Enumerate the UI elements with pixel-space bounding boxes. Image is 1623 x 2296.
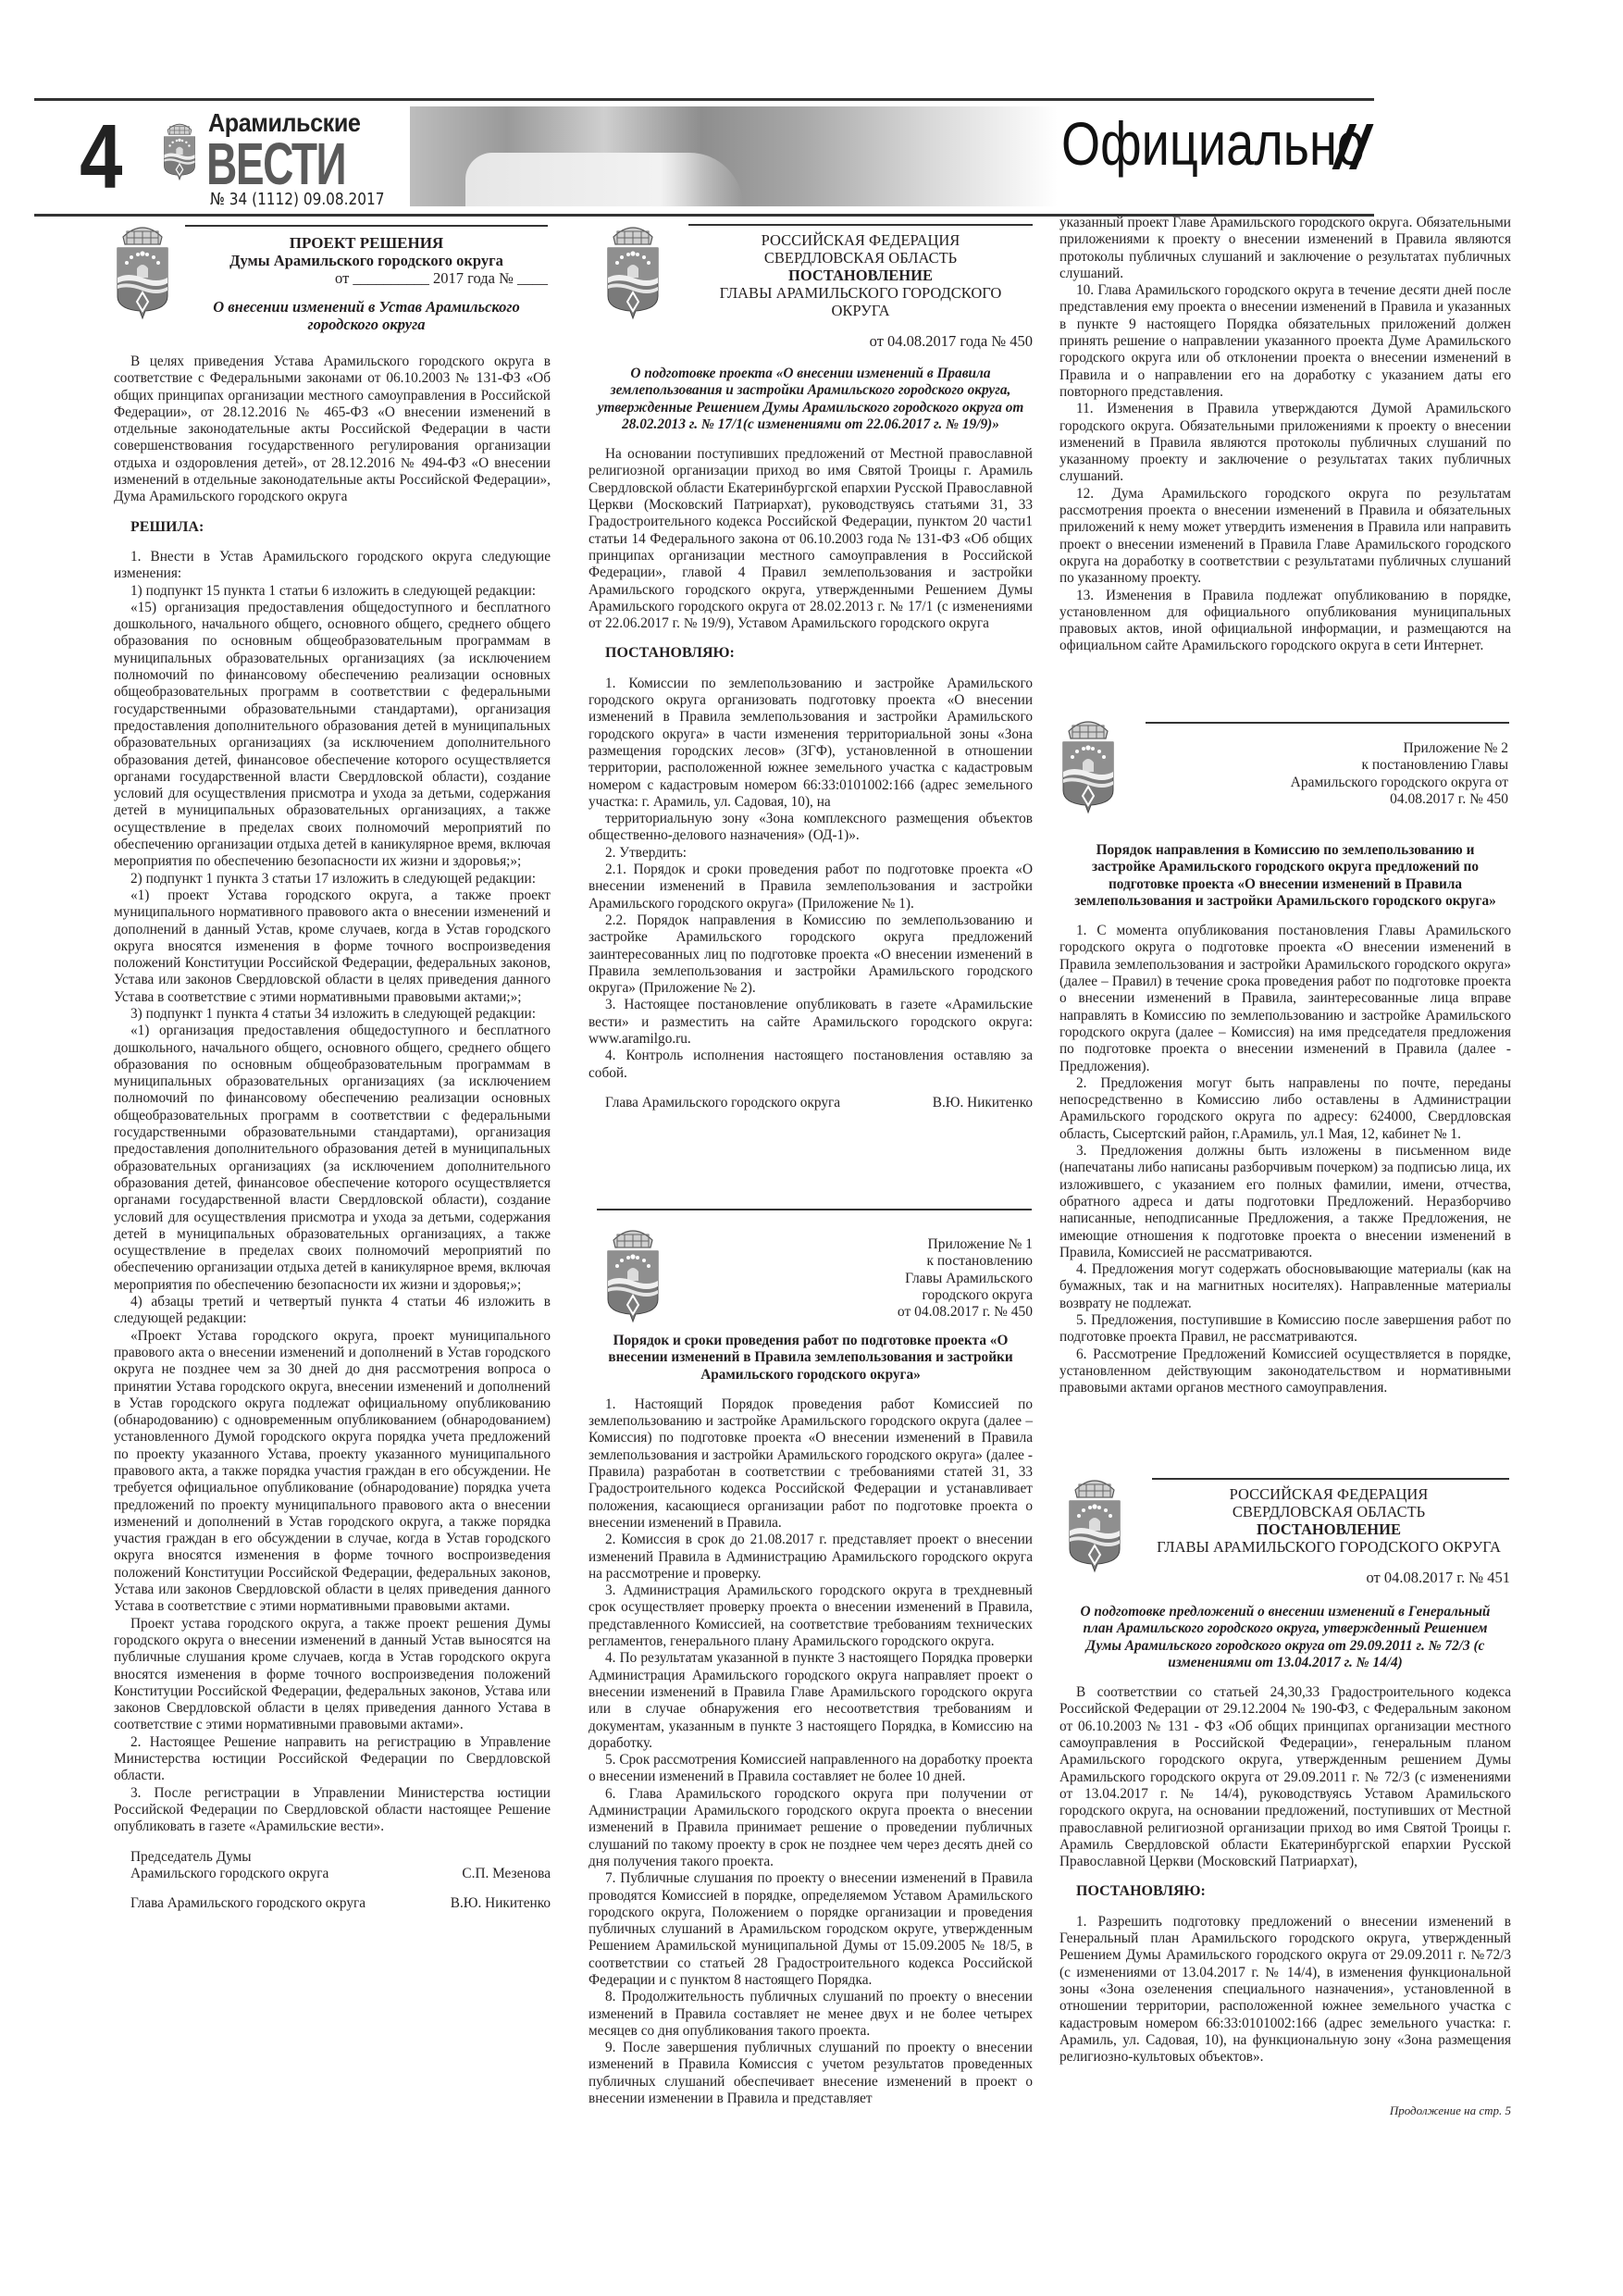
doc1-header: ПРОЕКТ РЕШЕНИЯ Думы Арамильского городск… — [185, 234, 548, 333]
signature-role: Арамильского городского округа — [130, 1866, 328, 1882]
doc1-paragraph: 3) подпункт 1 пункта 4 статьи 34 изложит… — [114, 1006, 551, 1023]
coat-of-arms-icon — [162, 106, 197, 195]
doc2-preamble: На основании поступивших предложений от … — [588, 446, 1033, 632]
doc2-paragraph: 2. Утвердить: — [588, 845, 1033, 862]
annex1-reference: Приложение № 1 к постановлению Главы Ара… — [740, 1236, 1033, 1321]
divider — [185, 225, 548, 227]
section-slashes-icon: // — [1334, 112, 1369, 182]
issue-number: № 34 (1112) 09.08.2017 — [210, 190, 384, 209]
annex1-paragraph: 2. Комиссия в срок до 21.08.2017 г. пред… — [588, 1532, 1033, 1582]
doc1-body: В целях приведения Устава Арамильского г… — [114, 354, 551, 1912]
newspaper-name-main: ВЕСТИ — [206, 134, 345, 193]
doc3-header: РОССИЙСКАЯ ФЕДЕРАЦИЯ СВЕРДЛОВСКАЯ ОБЛАСТ… — [1147, 1485, 1510, 1586]
signature-role: Глава Арамильского городского округа — [605, 1095, 840, 1111]
doc1-heading: О внесении изменений в Устав Арамильског… — [185, 298, 548, 333]
annex1-ref-line: от 04.08.2017 г. № 450 — [740, 1304, 1033, 1321]
signature-role: Председатель Думы — [130, 1849, 551, 1866]
doc2-paragraph: территориальную зону «Зона комплексного … — [588, 811, 1033, 845]
annex2-ref-line: 04.08.2017 г. № 450 — [1184, 791, 1508, 808]
annex2-reference: Приложение № 2 к постановлению Главы Ара… — [1184, 740, 1508, 808]
doc2-header: РОССИЙСКАЯ ФЕДЕРАЦИЯ СВЕРДЛОВСКАЯ ОБЛАСТ… — [688, 231, 1033, 350]
signature-name: С.П. Мезенова — [462, 1866, 551, 1882]
annex2-paragraph: 4. Предложения могут содержать обосновыв… — [1059, 1261, 1511, 1312]
doc1-paragraph: 1. Внести в Устав Арамильского городског… — [114, 549, 551, 583]
annex1-ref-line: Приложение № 1 — [740, 1236, 1033, 1253]
doc3-header-line: ГЛАВЫ АРАМИЛЬСКОГО ГОРОДСКОГО ОКРУГА — [1147, 1538, 1510, 1556]
annex2-ref-line: Арамильского городского округа от — [1184, 775, 1508, 791]
doc3-header-line: СВЕРДЛОВСКАЯ ОБЛАСТЬ — [1147, 1503, 1510, 1520]
annex2-ref-line: к постановлению Главы — [1184, 757, 1508, 774]
doc2-header-line: СВЕРДЛОВСКАЯ ОБЛАСТЬ — [688, 249, 1033, 267]
annex1-ref-line: Главы Арамильского — [740, 1271, 1033, 1287]
divider — [1152, 1478, 1509, 1480]
doc3-paragraph: 1. Разрешить подготовку предложений о вн… — [1059, 1914, 1511, 2066]
doc1-resolved: РЕШИЛА: — [114, 519, 551, 536]
doc1-paragraph: 2. Настоящее Решение направить на регист… — [114, 1734, 551, 1785]
annex1-continued: указанный проект Главе Арамильского горо… — [1059, 215, 1511, 655]
annex1-ref-line: к постановлению — [740, 1253, 1033, 1270]
signature-role: Глава Арамильского городского округа — [130, 1895, 365, 1912]
doc3-preamble: В соответствии со статьей 24,30,33 Градо… — [1059, 1684, 1511, 1870]
doc1-title: ПРОЕКТ РЕШЕНИЯ — [185, 234, 548, 252]
annex1-paragraph: 6. Глава Арамильского городского округа … — [588, 1786, 1033, 1870]
annex2-body: Порядок направления в Комиссию по землеп… — [1059, 842, 1511, 1397]
doc1-paragraph: «1) проект Устава городского округа, а т… — [114, 887, 551, 1006]
doc2-paragraph: 3. Настоящее постановление опубликовать … — [588, 997, 1033, 1048]
annex2-paragraph: 6. Рассмотрение Предложений Комиссией ос… — [1059, 1347, 1511, 1397]
annex1-paragraph: 8. Продолжительность публичных слушаний … — [588, 1989, 1033, 2040]
coat-of-arms-icon — [114, 220, 171, 322]
doc1-paragraph: Проект устава городского округа, а также… — [114, 1616, 551, 1734]
signature-name: В.Ю. Никитенко — [933, 1095, 1033, 1111]
doc2-header-line: ГЛАВЫ АРАМИЛЬСКОГО ГОРОДСКОГО ОКРУГА — [688, 284, 1033, 319]
annex2-paragraph: 5. Предложения, поступившие в Комиссию п… — [1059, 1312, 1511, 1347]
doc2-paragraph: 2.2. Порядок направления в Комиссию по з… — [588, 912, 1033, 997]
doc3-header-line: РОССИЙСКАЯ ФЕДЕРАЦИЯ — [1147, 1485, 1510, 1503]
doc1-paragraph: «1) организация предоставления общедосту… — [114, 1023, 551, 1294]
annex2-ref-line: Приложение № 2 — [1184, 740, 1508, 757]
divider — [688, 224, 1033, 226]
doc1-date: от __________ 2017 года № ____ — [185, 269, 548, 287]
annex1-paragraph: 9. После завершения публичных слушаний п… — [588, 2040, 1033, 2107]
doc1-paragraph: 4) абзацы третий и четвертый пункта 4 ст… — [114, 1294, 551, 1328]
section-title: Официально — [1061, 108, 1365, 179]
doc1-paragraph: 1) подпункт 15 пункта 1 статьи 6 изложит… — [114, 583, 551, 600]
doc2-resolves: ПОСТАНОВЛЯЮ: — [588, 645, 1033, 662]
annex1-paragraph: 3. Администрация Арамильского городского… — [588, 1582, 1033, 1650]
annex1-paragraph: 1. Настоящий Порядок проведения работ Ко… — [588, 1396, 1033, 1532]
doc2-signature: Глава Арамильского городского округа В.Ю… — [588, 1095, 1033, 1111]
coat-of-arms-icon — [604, 220, 662, 322]
doc3-body: О подготовке предложений о внесении изме… — [1059, 1604, 1511, 2120]
continued-note: Продолжение на стр. 5 — [1059, 2103, 1511, 2119]
annex1-paragraph: 4. По результатам указанной в пункте 3 н… — [588, 1650, 1033, 1752]
doc2-paragraph: 1. Комиссии по землепользованию и застро… — [588, 676, 1033, 811]
annex2-paragraph: 3. Предложения должны быть изложены в пи… — [1059, 1143, 1511, 1261]
doc3-resolves: ПОСТАНОВЛЯЮ: — [1059, 1883, 1511, 1900]
doc1-paragraph: 2) подпункт 1 пункта 3 статьи 17 изложит… — [114, 871, 551, 887]
doc3-heading: О подготовке предложений о внесении изме… — [1059, 1604, 1511, 1671]
annex2-paragraph: 1. С момента опубликования постановления… — [1059, 923, 1511, 1075]
annex2-paragraph: 2. Предложения могут быть направлены по … — [1059, 1075, 1511, 1143]
signature-name: В.Ю. Никитенко — [451, 1895, 551, 1912]
doc1-paragraph: 3. После регистрации в Управлении Минист… — [114, 1785, 551, 1836]
divider — [597, 1209, 1032, 1210]
coat-of-arms-icon — [1059, 714, 1117, 816]
doc1-paragraph: «15) организация предоставления общедост… — [114, 600, 551, 871]
annex1-title: Порядок и сроки проведения работ по подг… — [588, 1333, 1033, 1384]
annex1-paragraph: 10. Глава Арамильского городского округа… — [1059, 282, 1511, 401]
annex1-paragraph: 12. Дума Арамильского городского округа … — [1059, 486, 1511, 588]
doc3-header-line: ПОСТАНОВЛЕНИЕ — [1147, 1520, 1510, 1538]
doc2-date: от 04.08.2017 года № 450 — [688, 332, 1033, 350]
doc2-heading: О подготовке проекта «О внесении изменен… — [588, 366, 1033, 433]
annex1-paragraph: указанный проект Главе Арамильского горо… — [1059, 215, 1511, 282]
coat-of-arms-icon — [604, 1223, 662, 1325]
annex1-paragraph: 11. Изменения в Правила утверждаются Дум… — [1059, 401, 1511, 485]
doc3-date: от 04.08.2017 г. № 451 — [1147, 1569, 1510, 1586]
page-number: 4 — [80, 101, 122, 212]
annex1-paragraph: 13. Изменения в Правила подлежат опублик… — [1059, 588, 1511, 655]
annex2-title: Порядок направления в Комиссию по землеп… — [1059, 842, 1511, 910]
doc2-body: О подготовке проекта «О внесении изменен… — [588, 366, 1033, 1111]
doc1-preamble: В целях приведения Устава Арамильского г… — [114, 354, 551, 506]
header-landscape-photo — [410, 106, 1058, 206]
masthead: 4 Арамильские ВЕСТИ № 34 (1112) 09.08.20… — [34, 98, 1374, 217]
doc2-paragraph: 2.1. Порядок и сроки проведения работ по… — [588, 862, 1033, 912]
doc1-paragraph: «Проект Устава городского округа, проект… — [114, 1328, 551, 1616]
doc1-signature-head: Глава Арамильского городского округа В.Ю… — [114, 1895, 551, 1912]
coat-of-arms-icon — [1066, 1473, 1123, 1575]
annex1-paragraph: 7. Публичные слушания по проекту о внесе… — [588, 1870, 1033, 1989]
doc1-subtitle: Думы Арамильского городского округа — [185, 252, 548, 269]
doc2-header-line: РОССИЙСКАЯ ФЕДЕРАЦИЯ — [688, 231, 1033, 249]
annex1-body: Порядок и сроки проведения работ по подг… — [588, 1333, 1033, 2107]
doc2-header-line: ПОСТАНОВЛЕНИЕ — [688, 267, 1033, 284]
divider — [1146, 722, 1509, 724]
doc2-paragraph: 4. Контроль исполнения настоящего постан… — [588, 1048, 1033, 1082]
annex1-paragraph: 5. Срок рассмотрения Комиссией направлен… — [588, 1752, 1033, 1786]
doc1-signature-chair: Председатель Думы Арамильского городског… — [114, 1849, 551, 1883]
annex1-ref-line: городского округа — [740, 1287, 1033, 1304]
